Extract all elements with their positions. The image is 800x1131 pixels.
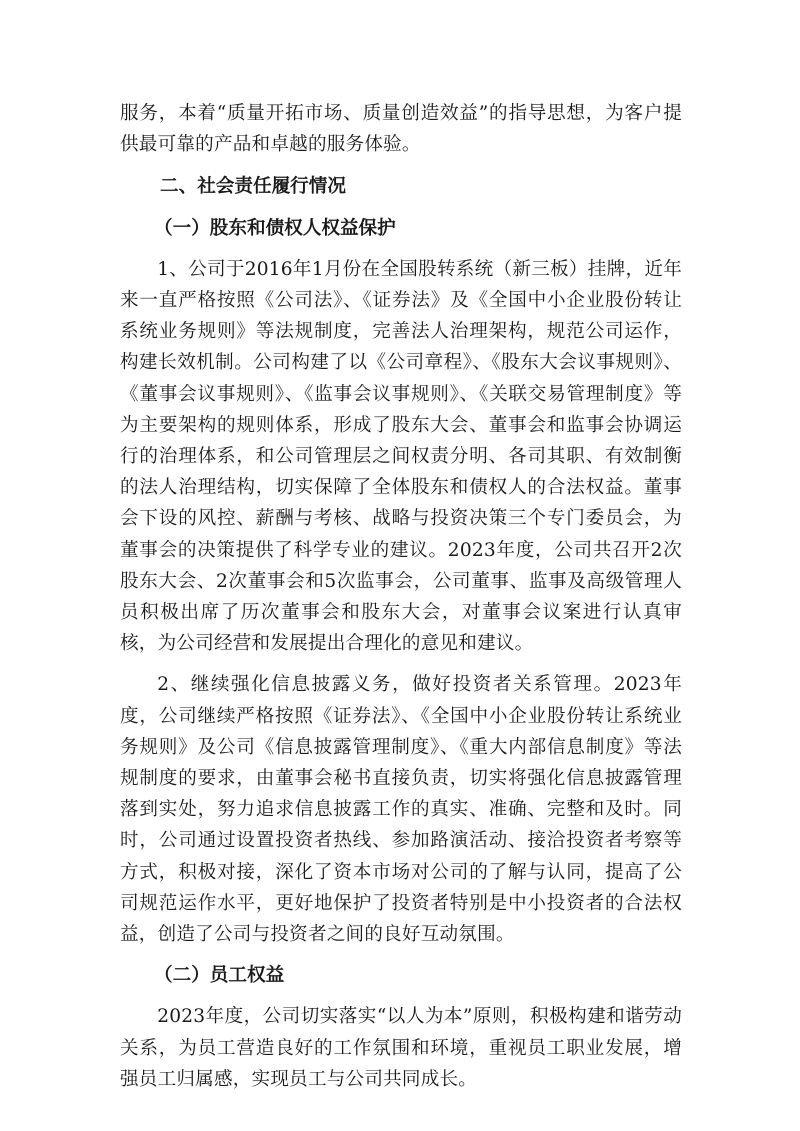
section-heading-social-responsibility: 二、社会责任履行情况 [120,171,682,202]
spacer [120,659,682,669]
paragraph-information-disclosure: 2、继续强化信息披露义务，做好投资者关系管理。2023年度，公司继续严格按照《证… [120,669,682,950]
spacer [120,160,682,171]
spacer [120,950,682,960]
paragraph-governance: 1、公司于2016年1月份在全国股转系统（新三板）挂牌，近年来一直严格按照《公司… [120,254,682,660]
subsection-heading-shareholder-rights: （一）股东和债权人权益保护 [120,213,682,244]
document-page: 服务，本着“质量开拓市场、质量创造效益”的指导思想，为客户提供最可靠的产品和卓越… [120,98,682,1095]
intro-paragraph: 服务，本着“质量开拓市场、质量创造效益”的指导思想，为客户提供最可靠的产品和卓越… [120,98,682,160]
subsection-heading-employee-rights: （二）员工权益 [120,960,682,991]
paragraph-employee-rights: 2023年度，公司切实落实“以人为本”原则，积极构建和谐劳动关系，为员工营造良好… [120,1001,682,1095]
spacer [120,991,682,1001]
spacer [120,244,682,254]
spacer [120,203,682,213]
